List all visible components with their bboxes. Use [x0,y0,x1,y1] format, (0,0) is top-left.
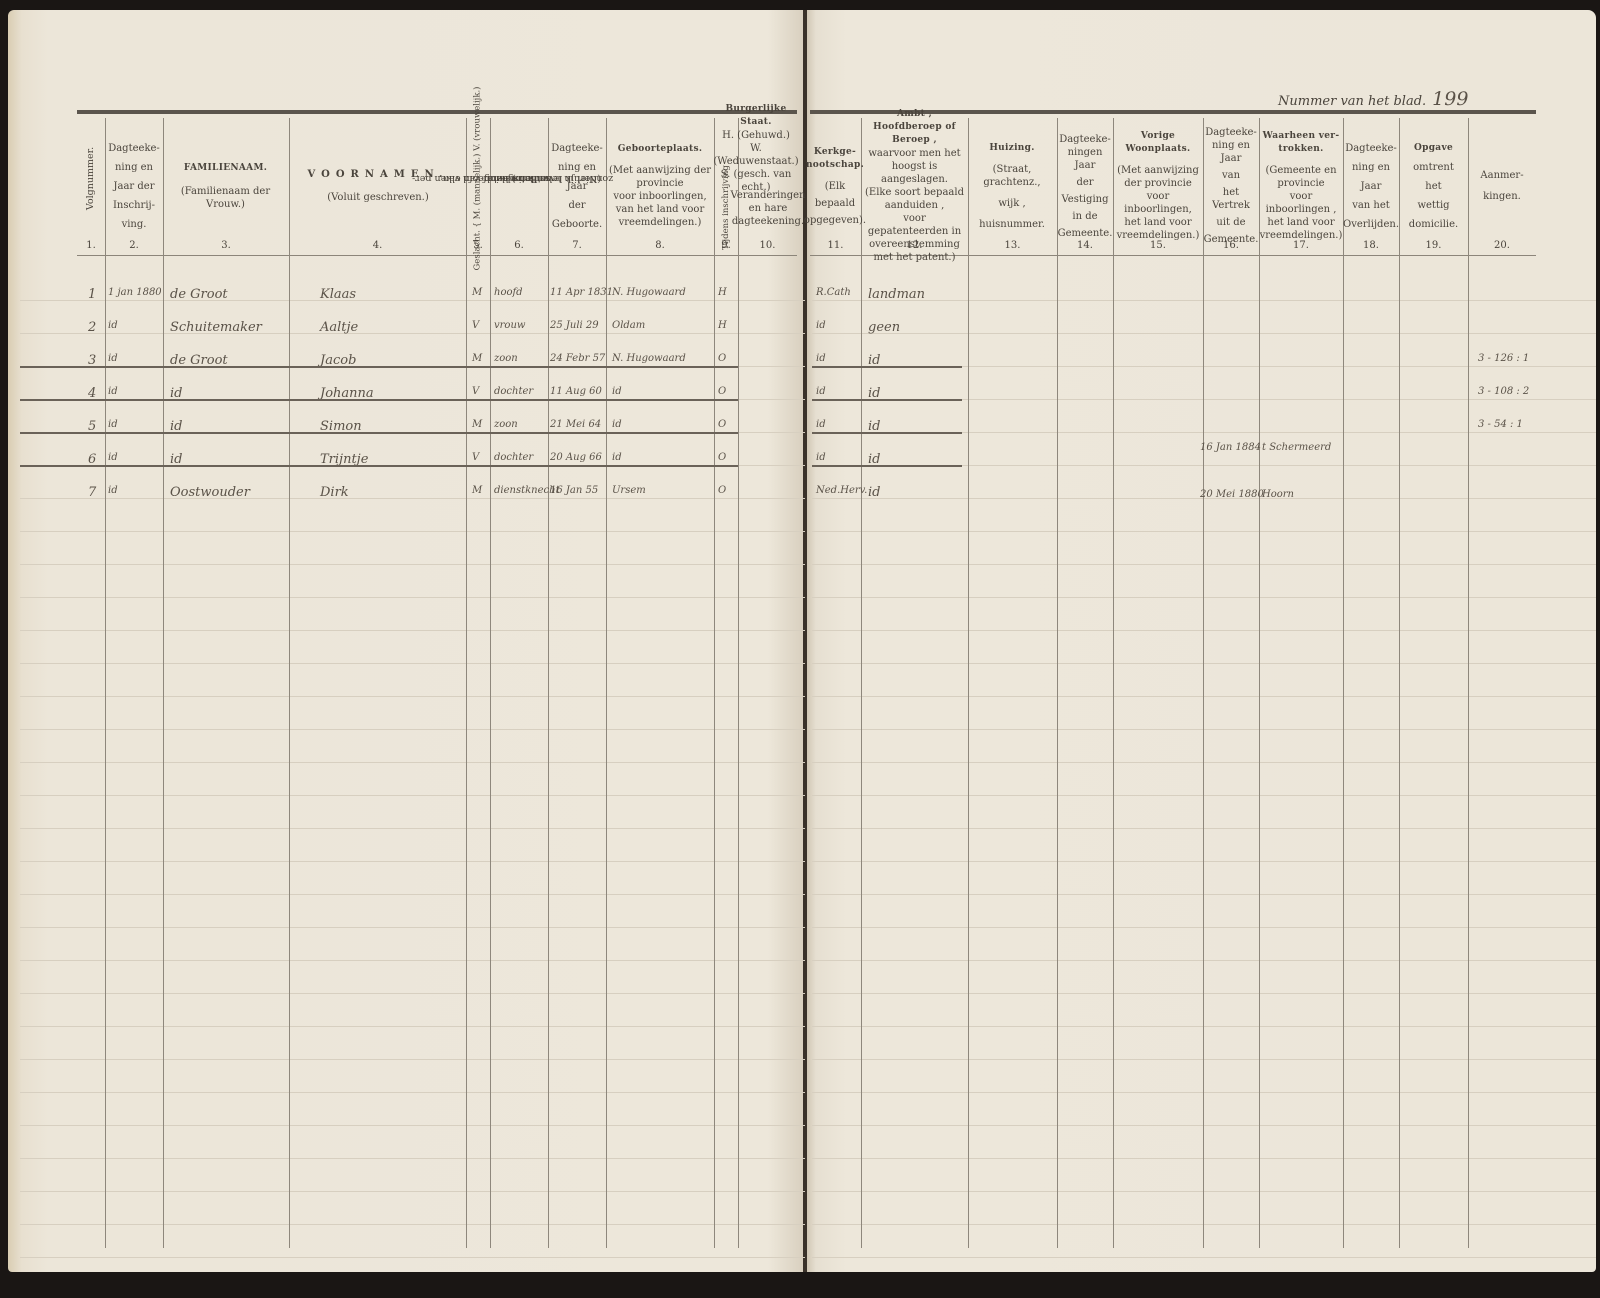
entry-occupation: geen [868,320,900,335]
column-divider [1343,118,1344,1248]
entry-civil-status: H [718,320,727,331]
ruled-line [20,1026,805,1027]
ruled-line [812,1026,1596,1027]
ruled-line [20,1125,805,1126]
header-col-14: Dagteeke-ningen JaarderVestigingin deGem… [1057,118,1113,254]
entry-registration-date: id [108,320,118,331]
entry-religion: id [816,353,826,364]
entry-birth-date: 20 Aug 66 [550,452,602,463]
ruled-line [812,531,1596,532]
entry-registration-date: id [108,419,118,430]
entry-birthplace: N. Hugowaard [612,353,686,364]
entry-registration-date: id [108,485,118,496]
ruled-line [20,1224,805,1225]
entry-sex: M [472,485,482,496]
column-number: 16. [1203,240,1259,251]
header-col-13: Huizing. (Straat, grachtenz.,wijk ,huisn… [968,118,1056,254]
entry-surname: Schuitemaker [170,320,262,335]
entry-given-names: Aaltje [320,320,358,335]
column-divider [466,118,467,1248]
entry-registration-date: id [108,353,118,364]
entry-occupation: id [868,485,880,500]
entry-birth-date: 16 Jan 55 [550,485,598,496]
strikethrough-line [20,465,738,467]
entry-sex: M [472,353,482,364]
entry-birth-date: 25 Juli 29 [550,320,599,331]
strikethrough-line [20,399,738,401]
header-bottom-rule-left [77,255,797,256]
ruled-line [812,795,1596,796]
entry-relation: dochter [494,452,533,463]
strikethrough-line [812,366,962,368]
header-col-12: Ambt ,Hoofdberoep ofBeroep , waarvoor me… [861,118,968,254]
entry-birthplace: N. Hugowaard [612,287,686,298]
entry-relation: vrouw [494,320,525,331]
header-col-3: FAMILIENAAM.(Familienaam der Vrouw.) [163,118,288,254]
header-col-9: Tijdens inschrijving [714,176,738,238]
header-col-2: Dagteeke-ning enJaar derInschrij-ving. [106,118,162,254]
strikethrough-line [812,432,962,434]
entry-birthplace: Ursem [612,485,646,496]
column-number: 18. [1343,240,1399,251]
ruled-line [20,729,805,730]
entry-religion: id [816,386,826,397]
header-col-8: Geboorteplaats. (Met aanwijzing derprovi… [606,118,714,254]
ruled-line [812,300,1596,301]
ruled-line [812,1059,1596,1060]
column-number: 5. [466,240,490,251]
ruled-line [20,762,805,763]
column-number: 8. [606,240,714,251]
entry-given-names: Klaas [320,287,356,302]
ruled-line [812,1125,1596,1126]
column-number: 3. [163,240,289,251]
ruled-line [20,1158,805,1159]
header-col-18: Dagteeke-ning enJaarvan hetOverlijden. [1343,118,1399,254]
ruled-line [812,894,1596,895]
header-col-6: Betrekking van elken per-soon tot het ho… [490,118,548,238]
header-col-20: Aanmer-kingen. [1468,118,1536,254]
ruled-line [812,762,1596,763]
header-col-7: Dagteeke-ning enJaarderGeboorte. [548,118,606,254]
strikethrough-line [812,399,962,401]
ruled-line [812,597,1596,598]
entry-birthplace: id [612,386,622,397]
ruled-line [812,1158,1596,1159]
column-number: 11. [810,240,861,251]
ruled-line [20,300,805,301]
entry-relation: zoon [494,419,518,430]
entry-civil-status: O [718,353,726,364]
ruled-line [20,1092,805,1093]
ruled-line [20,894,805,895]
entry-birth-date: 21 Mei 64 [550,419,601,430]
entry-number: 7 [88,485,96,500]
entry-birthplace: id [612,419,622,430]
ruled-line [20,696,805,697]
header-col-10: Veranderingenen haredagteekening. [738,178,798,238]
header-col-4: VOORNAMEN.(Voluit geschreven.) [289,118,467,254]
entry-remarks: 3 - 108 : 2 [1478,386,1529,397]
entry-birthplace: id [612,452,622,463]
column-number: 6. [490,240,548,251]
entry-surname: Oostwouder [170,485,250,500]
header-rule-left [77,110,797,114]
entry-surname: de Groot [170,287,228,302]
column-divider [105,118,106,1248]
entry-religion: R.Cath [816,287,851,298]
ruled-line [812,729,1596,730]
ruled-line [20,1257,805,1258]
entry-number: 1 [88,287,96,302]
header-col-1: Volgnummer. [78,118,104,238]
entry-civil-status: O [718,452,726,463]
ruled-line [812,861,1596,862]
entry-relation: zoon [494,353,518,364]
page-number-value: 199 [1432,88,1468,110]
ruled-line [20,795,805,796]
entry-departure-date: 16 Jan 1884 [1200,442,1261,453]
entry-birthplace: Oldam [612,320,645,331]
entry-given-names: Dirk [320,485,349,500]
column-divider [163,118,164,1248]
strikethrough-line [20,432,738,434]
entry-birth-date: 24 Febr 57 [550,353,605,364]
entry-sex: V [472,452,479,463]
ruled-line [20,630,805,631]
ruled-line [20,927,805,928]
column-divider [289,118,290,1248]
column-divider [738,118,739,1248]
column-divider [861,118,862,1248]
entry-relation: dochter [494,386,533,397]
column-number: 9. [714,240,738,251]
entry-relation: hoofd [494,287,523,298]
page-number-label: Nummer van het blad. [1278,94,1426,109]
header-col-11: Kerkge-nootschap. (Elkbepaaldopgegeven). [810,118,860,254]
header-col-19: Opgaveomtrenthetwettigdomicilie. [1399,118,1468,254]
page-number: Nummer van het blad.199 [1278,88,1468,110]
strikethrough-line [20,366,738,368]
column-divider [548,118,549,1248]
entry-number: 2 [88,320,96,335]
ruled-line [812,333,1596,334]
ruled-line [20,498,805,499]
ruled-line [812,564,1596,565]
column-divider [1057,118,1058,1248]
ruled-line [812,1092,1596,1093]
column-number: 4. [289,240,466,251]
entry-civil-status: O [718,386,726,397]
ruled-line [20,597,805,598]
entry-religion: id [816,419,826,430]
column-number: 17. [1259,240,1343,251]
entry-civil-status: H [718,287,727,298]
entry-sex: M [472,287,482,298]
entry-birth-date: 11 Aug 60 [550,386,602,397]
strikethrough-line [812,465,962,467]
column-divider [1468,118,1469,1248]
column-divider [490,118,491,1248]
column-divider [1203,118,1204,1248]
column-number: 19. [1399,240,1468,251]
ruled-line [20,564,805,565]
ruled-line [812,1191,1596,1192]
column-number: 1. [77,240,105,251]
column-divider [1399,118,1400,1248]
column-number: 20. [1468,240,1536,251]
column-divider [968,118,969,1248]
ruled-line [20,1191,805,1192]
column-number: 7. [548,240,606,251]
ruled-line [812,630,1596,631]
ruled-line [812,1224,1596,1225]
entry-destination: t Schermeerd [1262,442,1331,453]
column-divider [1259,118,1260,1248]
entry-birth-date: 11 Apr 1831 [550,287,613,298]
column-number: 14. [1057,240,1113,251]
ruled-line [812,696,1596,697]
entry-civil-status: O [718,485,726,496]
entry-remarks: 3 - 126 : 1 [1478,353,1529,364]
entry-religion: Ned.Herv. [816,485,867,496]
entry-occupation: landman [868,287,925,302]
entry-civil-status: O [718,419,726,430]
entry-registration-date: id [108,452,118,463]
ruled-line [20,993,805,994]
ruled-line [812,993,1596,994]
entry-destination: Hoorn [1262,489,1294,500]
ruled-line [812,828,1596,829]
header-col-16: Dagteeke-ning en Jaarvanhet Vertrekuit d… [1203,118,1259,254]
ruled-line [20,960,805,961]
ruled-line [20,861,805,862]
entry-sex: M [472,419,482,430]
ruled-line [20,828,805,829]
column-number: 10. [738,240,797,251]
header-col-17: Waarheen ver-trokken. (Gemeente enprovin… [1259,118,1343,254]
entry-registration-date: id [108,386,118,397]
entry-sex: V [472,320,479,331]
entry-remarks: 3 - 54 : 1 [1478,419,1523,430]
column-divider [714,118,715,1248]
entry-departure-date: 20 Mei 1880 [1200,489,1264,500]
ruled-line [812,1257,1596,1258]
entry-registration-date: 1 jan 1880 [108,287,162,298]
header-col-15: VorigeWoonplaats. (Met aanwijzingder pro… [1113,118,1203,254]
column-number: 2. [105,240,163,251]
entry-sex: V [472,386,479,397]
entry-religion: id [816,320,826,331]
column-number: 15. [1113,240,1203,251]
column-divider [1113,118,1114,1248]
ruled-line [20,531,805,532]
ruled-line [812,927,1596,928]
column-number: 13. [968,240,1057,251]
ruled-line [20,333,805,334]
ruled-line [20,663,805,664]
column-number: 12. [861,240,968,251]
ruled-line [20,1059,805,1060]
ruled-line [812,663,1596,664]
ruled-line [812,960,1596,961]
entry-religion: id [816,452,826,463]
